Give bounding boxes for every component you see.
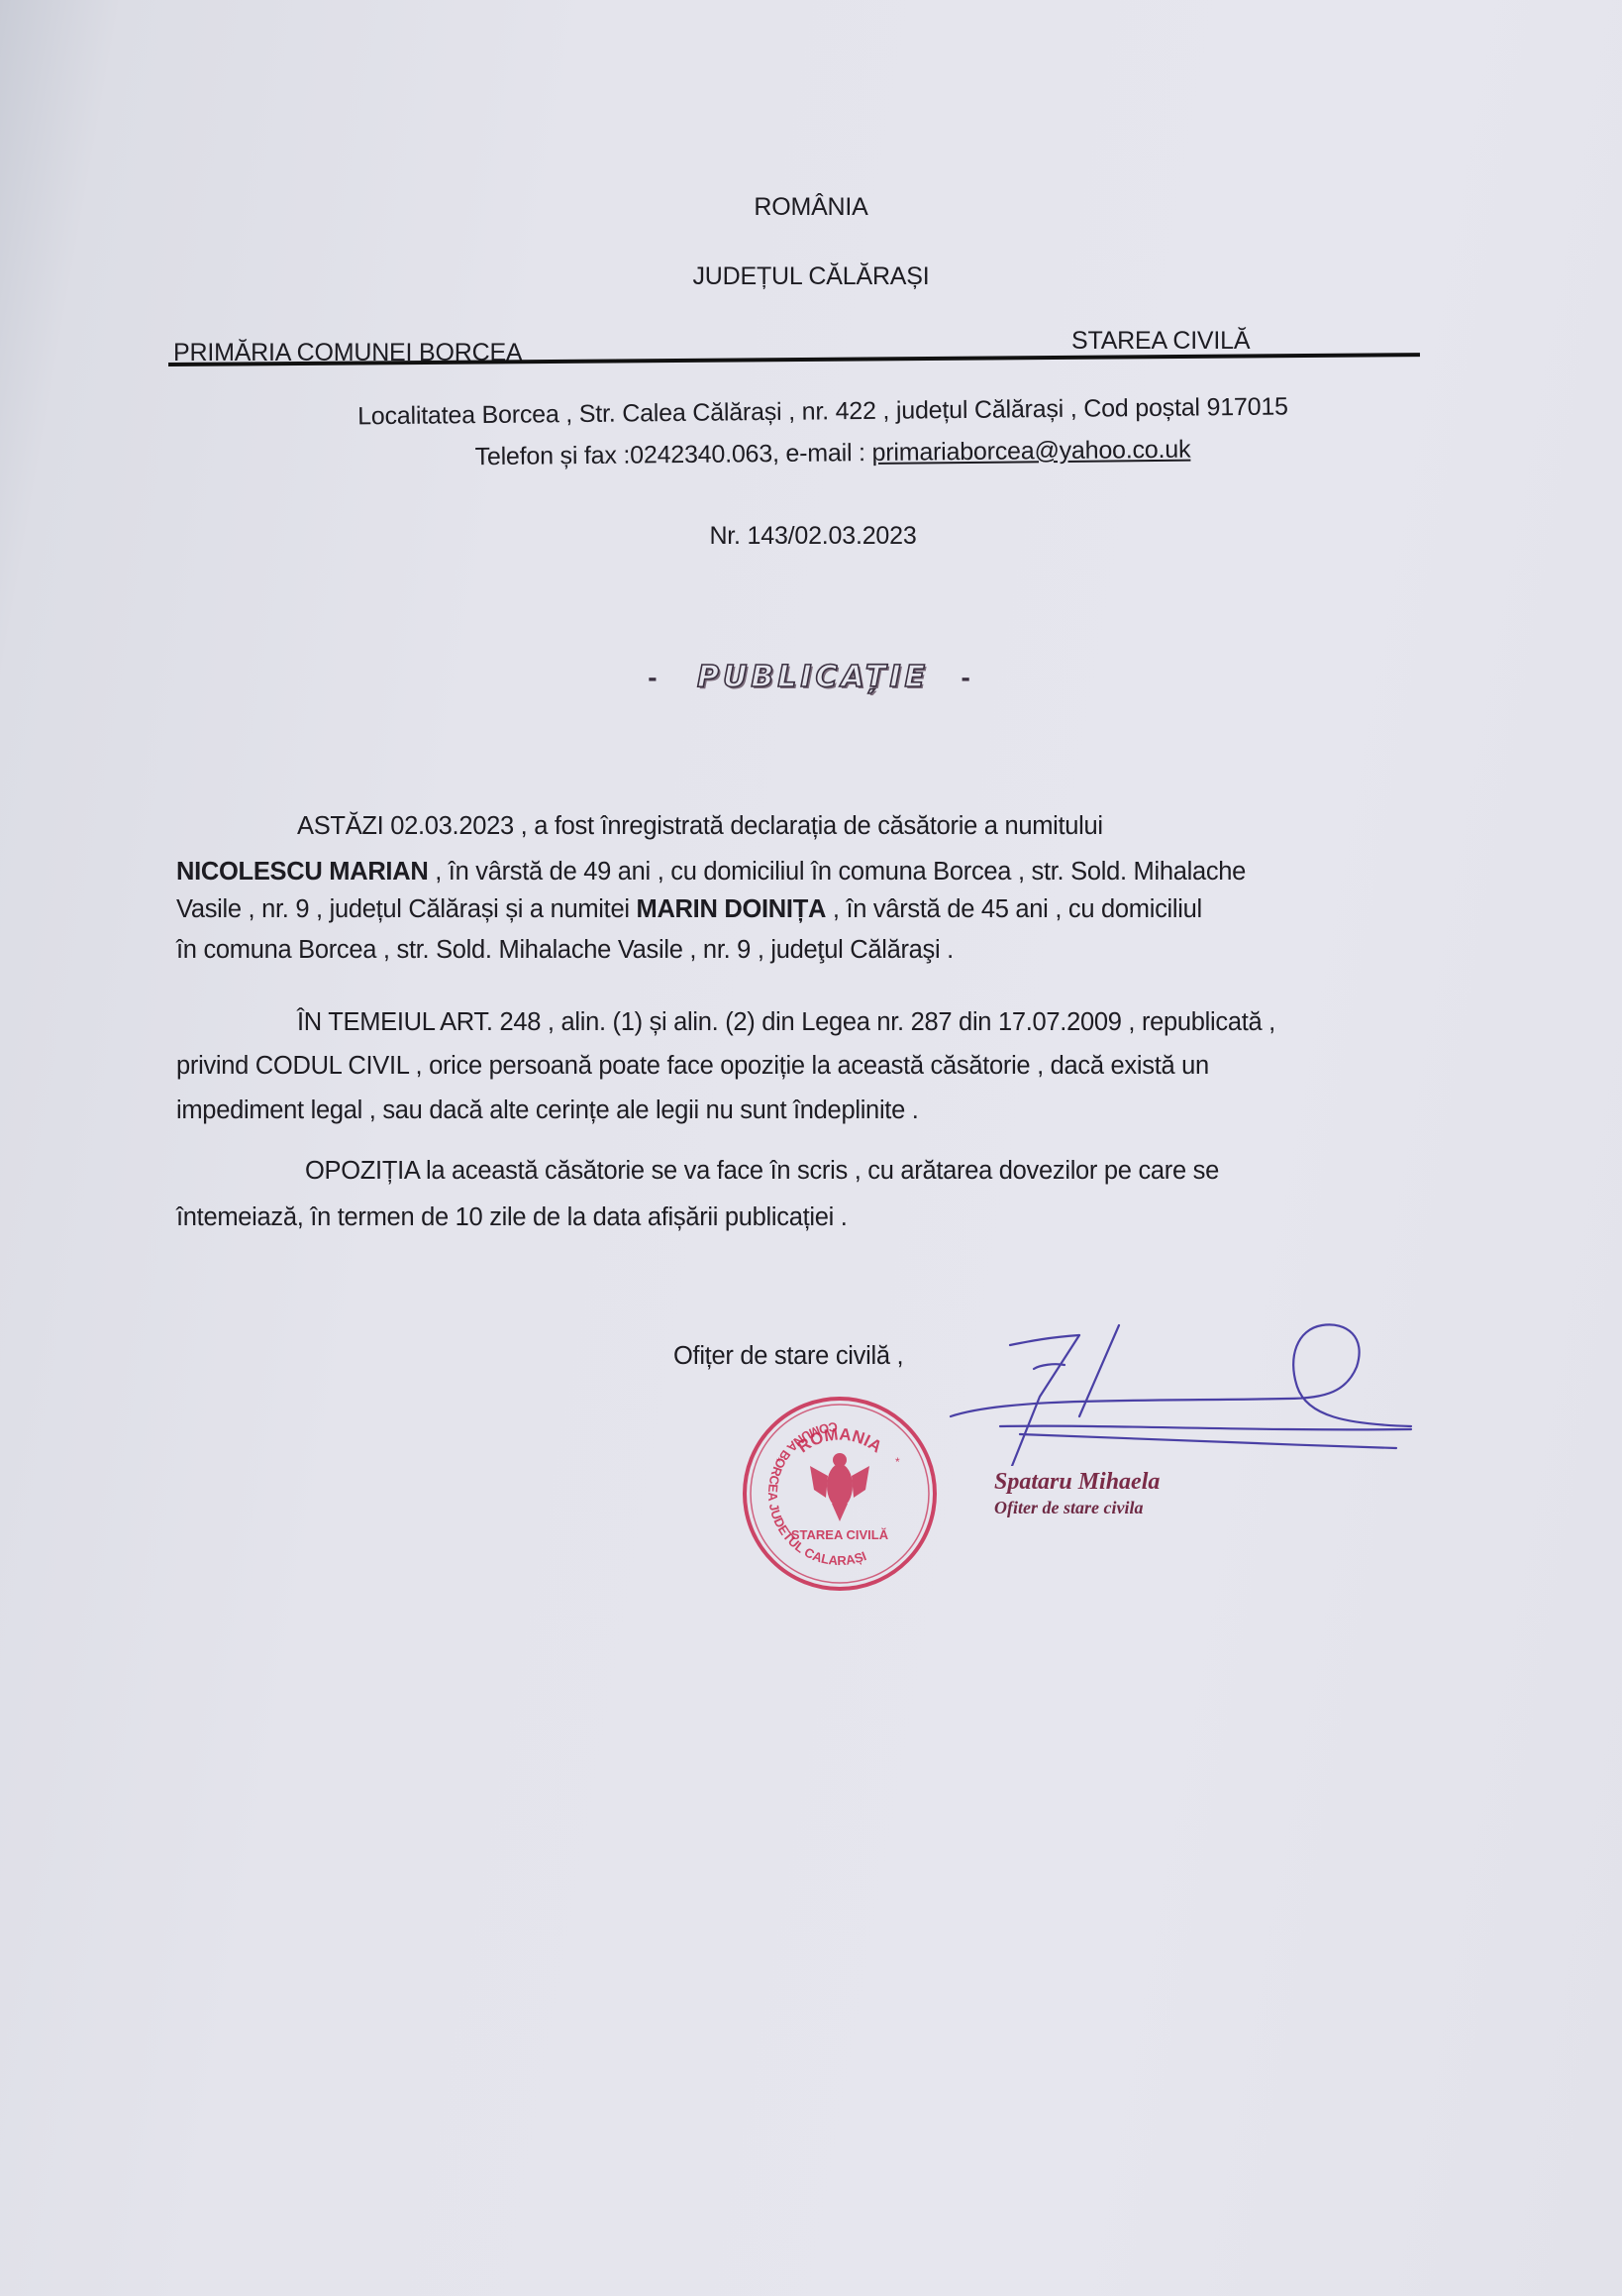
- coat-of-arms-icon: [810, 1453, 869, 1521]
- official-stamp: ROMANIA COMUNA BORCEA JUDETUL CALARAȘI *…: [741, 1395, 939, 1593]
- bride-name: MARIN DOINIȚA: [637, 895, 827, 923]
- email-link[interactable]: primariaborcea@yahoo.co.uk: [871, 436, 1190, 467]
- groom-address: Vasile , nr. 9 , județul Călărași și a n…: [176, 895, 637, 923]
- contact-prefix: Telefon și fax :0242340.063, e-mail :: [474, 439, 871, 470]
- svg-text:*: *: [895, 1455, 900, 1469]
- bride-details: , în vârstă de 45 ani , cu domiciliul: [826, 895, 1202, 923]
- department-name: STAREA CIVILĂ: [1071, 327, 1250, 356]
- paragraph1-line3: Vasile , nr. 9 , județul Călărași și a n…: [176, 895, 1202, 924]
- paragraph2-line1: ÎN TEMEIUL ART. 248 , alin. (1) și alin.…: [297, 1008, 1275, 1037]
- registration-number: Nr. 143/02.03.2023: [2, 522, 1622, 551]
- signer-role: Ofiter de stare civila: [994, 1498, 1143, 1518]
- stamp-seal-icon: ROMANIA COMUNA BORCEA JUDETUL CALARAȘI *…: [741, 1395, 939, 1593]
- paragraph2-line3: impediment legal , sau dacă alte cerințe…: [176, 1096, 919, 1125]
- title-dash-left: -: [648, 662, 657, 692]
- stamp-center-text: STAREA CIVILĂ: [791, 1527, 889, 1542]
- signer-name: Spataru Mihaela: [994, 1469, 1160, 1496]
- country-heading: ROMÂNIA: [0, 193, 1622, 222]
- address-line: Localitatea Borcea , Str. Calea Călărași…: [12, 389, 1622, 435]
- county-heading: JUDEȚUL CĂLĂRAȘI: [0, 262, 1622, 291]
- paragraph1-line4: în comuna Borcea , str. Sold. Mihalache …: [176, 936, 954, 965]
- groom-name: NICOLESCU MARIAN: [176, 858, 428, 886]
- document-title: - PUBLICAȚIE -: [0, 660, 1620, 694]
- paragraph3-line1: OPOZIȚIA la această căsătorie se va face…: [305, 1157, 1219, 1186]
- signature-label: Ofițer de stare civilă ,: [673, 1342, 903, 1371]
- paragraph2-line2: privind CODUL CIVIL , orice persoană poa…: [176, 1052, 1209, 1081]
- paragraph1-line2: NICOLESCU MARIAN , în vârstă de 49 ani ,…: [176, 858, 1246, 887]
- handwritten-signature-icon: [931, 1307, 1426, 1466]
- groom-details: , în vârstă de 49 ani , cu domiciliul în…: [428, 858, 1246, 886]
- title-text: PUBLICAȚIE: [697, 660, 929, 694]
- svg-text:*: *: [776, 1455, 781, 1469]
- title-dash-right: -: [961, 662, 969, 692]
- paragraph3-line2: întemeiază, în termen de 10 zile de la d…: [176, 1203, 848, 1232]
- paragraph1-line1: ASTĂZI 02.03.2023 , a fost înregistrată …: [297, 812, 1103, 841]
- contact-line: Telefon și fax :0242340.063, e-mail : pr…: [22, 431, 1622, 476]
